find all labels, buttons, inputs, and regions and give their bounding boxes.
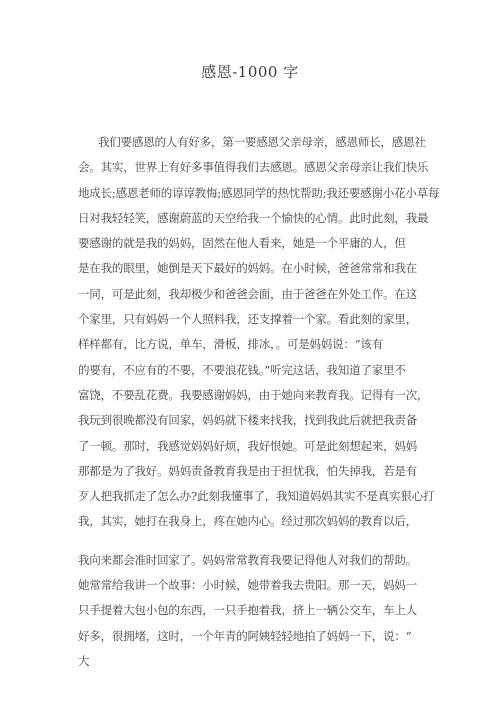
essay-line: 地成长;感恩老师的谆谆教悔;感恩同学的热忱帮助;我还要感谢小花小草每 (78, 181, 458, 206)
essay-line: 了一顿。那时，我感觉妈妈好烦，我好恨她。可是此刻想起来，妈妈 (78, 434, 458, 459)
document-page: 感恩-1000 字 我们要感恩的人有好多，第一要感恩父亲母亲，感恩师长，感恩社 … (0, 0, 500, 708)
essay-line: 一同，可是此刻，我却极少和爸爸会面，由于爸爸在外处工作。在这 (78, 282, 458, 307)
essay-line: 我向来都会准时回家了。妈妈常常教育我要记得他人对我们的帮助。 (78, 548, 458, 573)
essay-line: 要感谢的就是我的妈妈，固然在他人看来，她是一个平庸的人，但 (78, 231, 458, 256)
essay-line: 富饶，不要乱花费。我要感谢妈妈，由于她向来教育我。记得有一次， (78, 383, 458, 408)
essay-line: 那都是为了我好。妈妈责备教育我是由于担忧我，怕失掉我，若是有 (78, 459, 458, 484)
essay-line: 的要有，不应有的不要，不要浪花钱。”听完这话，我知道了家里不 (78, 358, 458, 383)
essay-line: 个家里，只有妈妈一个人照料我，还支撑着一个家。看此刻的家里， (78, 307, 458, 332)
essay-line: 是在我的眼里，她倒是天下最好的妈妈。在小时候，爸爸常常和我在 (78, 256, 458, 281)
paragraph-2: 我向来都会准时回家了。妈妈常常教育我要记得他人对我们的帮助。 她常常给我讲一个故… (78, 548, 458, 674)
essay-line: 好多，很拥堵，这时，一个年青的阿姨轻轻地拍了妈妈一下，说：“ (78, 624, 458, 649)
document-body: 我们要感恩的人有好多，第一要感恩父亲母亲，感恩师长，感恩社 会。其实，世界上有好… (78, 130, 458, 674)
essay-line: 我玩到很晚都没有回家，妈妈就下楼来找我，找到我此后就把我责备 (78, 408, 458, 433)
essay-line: 只手提着大包小包的东西，一只手抱着我，挤上一辆公交车，车上人 (78, 598, 458, 623)
essay-line: 她常常给我讲一个故事：小时候，她带着我去贵阳。那一天，妈妈一 (78, 573, 458, 598)
document-title: 感恩-1000 字 (0, 61, 500, 82)
essay-line: 日对我轻轻笑，感谢蔚蓝的天空给我一个愉快的心情。此时此刻，我最 (78, 206, 458, 231)
essay-line: 歹人把我抓走了怎么办?此刻我懂事了，我知道妈妈其实不是真实狠心打 (78, 484, 458, 509)
essay-line: 样样都有，比方说，单车，滑板，排冰，。可是妈妈说：“该有 (78, 332, 458, 357)
essay-line: 会。其实，世界上有好多事值得我们去感恩。感恩父亲母亲让我们快乐 (78, 155, 458, 180)
paragraph-1: 我们要感恩的人有好多，第一要感恩父亲母亲，感恩师长，感恩社 会。其实，世界上有好… (78, 130, 458, 535)
essay-line: 我们要感恩的人有好多，第一要感恩父亲母亲，感恩师长，感恩社 (78, 130, 458, 155)
essay-line: 大 (78, 649, 458, 674)
essay-line: 我，其实，她打在我身上，疼在她内心。经过那次妈妈的教育以后， (78, 509, 458, 534)
